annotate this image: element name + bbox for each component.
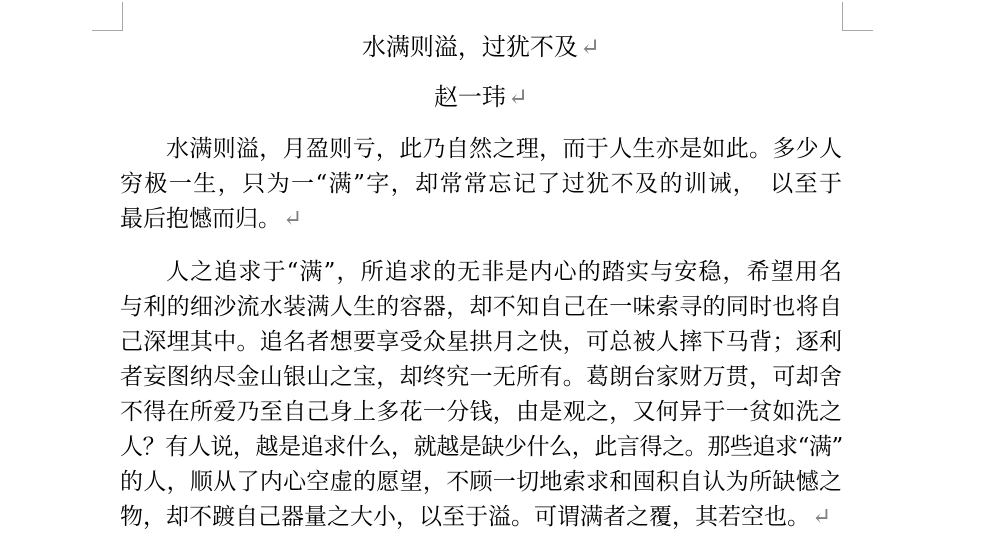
line-text: 人之追求于“满”，所追求的无非是内心的踏实与安稳，希望用名 xyxy=(166,259,842,285)
text-line[interactable]: 最后抱憾而归。↵ xyxy=(120,202,842,237)
document-author[interactable]: 赵一玮↵ xyxy=(120,72,842,122)
line-text: 的人，顺从了内心空虚的愿望，不顾一切地索求和囤积自认为所缺憾之 xyxy=(120,469,842,495)
line-text: 最后抱憾而归。 xyxy=(120,206,281,232)
text-line[interactable]: 的人，顺从了内心空虚的愿望，不顾一切地索求和囤积自认为所缺憾之 xyxy=(120,465,842,500)
paragraph-mark-icon: ↵ xyxy=(578,33,600,61)
line-text: 水满则溢，月盈则亏，此乃自然之理，而于人生亦是如此。多少人 xyxy=(166,136,842,162)
paragraph-mark-icon: ↵ xyxy=(810,504,831,530)
line-text: 己深埋其中。追名者想要享受众星拱月之快，可总被人摔下马背；逐利 xyxy=(120,329,842,355)
document-title[interactable]: 水满则溢，过犹不及↵ xyxy=(120,22,842,72)
paragraph-mark-icon: ↵ xyxy=(506,83,528,111)
text-line[interactable]: 者妄图纳尽金山银山之宝，却终究一无所有。葛朗台家财万贯，可却舍 xyxy=(120,360,842,395)
text-line[interactable]: 穷极一生，只为一“满”字，却常常忘记了过犹不及的训诫， 以至于 xyxy=(120,167,842,202)
text-line[interactable]: 己深埋其中。追名者想要享受众星拱月之快，可总被人摔下马背；逐利 xyxy=(120,325,842,360)
author-text: 赵一玮 xyxy=(434,83,506,111)
text-line[interactable]: 人？有人说，越是追求什么，就越是缺少什么，此言得之。那些追求“满” xyxy=(120,430,842,465)
text-line[interactable]: 不得在所爱乃至自己身上多花一分钱，由是观之，又何异于一贫如洗之 xyxy=(120,395,842,430)
paragraph-mark-icon: ↵ xyxy=(281,206,302,232)
text-line[interactable]: 人之追求于“满”，所追求的无非是内心的踏实与安稳，希望用名 xyxy=(120,255,842,290)
document-page[interactable]: 水满则溢，过犹不及↵ 赵一玮↵ 水满则溢，月盈则亏，此乃自然之理，而于人生亦是如… xyxy=(0,0,986,542)
text-line[interactable]: 物，却不踱自己器量之大小，以至于溢。可谓满者之覆，其若空也。↵ xyxy=(120,500,842,535)
text-line[interactable]: 与利的细沙流水装满人生的容器，却不知自己在一味索寻的同时也将自 xyxy=(120,290,842,325)
document-body: 水满则溢，过犹不及↵ 赵一玮↵ 水满则溢，月盈则亏，此乃自然之理，而于人生亦是如… xyxy=(120,22,842,535)
paragraph: 人之追求于“满”，所追求的无非是内心的踏实与安稳，希望用名与利的细沙流水装满人生… xyxy=(120,255,842,535)
text-boundary-mark-top-left xyxy=(92,2,123,31)
text-line[interactable]: 水满则溢，月盈则亏，此乃自然之理，而于人生亦是如此。多少人 xyxy=(120,132,842,167)
title-text: 水满则溢，过犹不及 xyxy=(362,33,578,61)
line-text: 人？有人说，越是追求什么，就越是缺少什么，此言得之。那些追求“满” xyxy=(120,434,842,460)
paragraph: 水满则溢，月盈则亏，此乃自然之理，而于人生亦是如此。多少人穷极一生，只为一“满”… xyxy=(120,132,842,237)
paragraphs-container: 水满则溢，月盈则亏，此乃自然之理，而于人生亦是如此。多少人穷极一生，只为一“满”… xyxy=(120,132,842,535)
line-text: 者妄图纳尽金山银山之宝，却终究一无所有。葛朗台家财万贯，可却舍 xyxy=(120,364,842,390)
text-boundary-mark-top-right xyxy=(842,2,873,31)
line-text: 物，却不踱自己器量之大小，以至于溢。可谓满者之覆，其若空也。 xyxy=(120,504,810,530)
line-text: 穷极一生，只为一“满”字，却常常忘记了过犹不及的训诫， 以至于 xyxy=(120,171,842,197)
line-text: 不得在所爱乃至自己身上多花一分钱，由是观之，又何异于一贫如洗之 xyxy=(120,399,842,425)
line-text: 与利的细沙流水装满人生的容器，却不知自己在一味索寻的同时也将自 xyxy=(120,294,842,320)
